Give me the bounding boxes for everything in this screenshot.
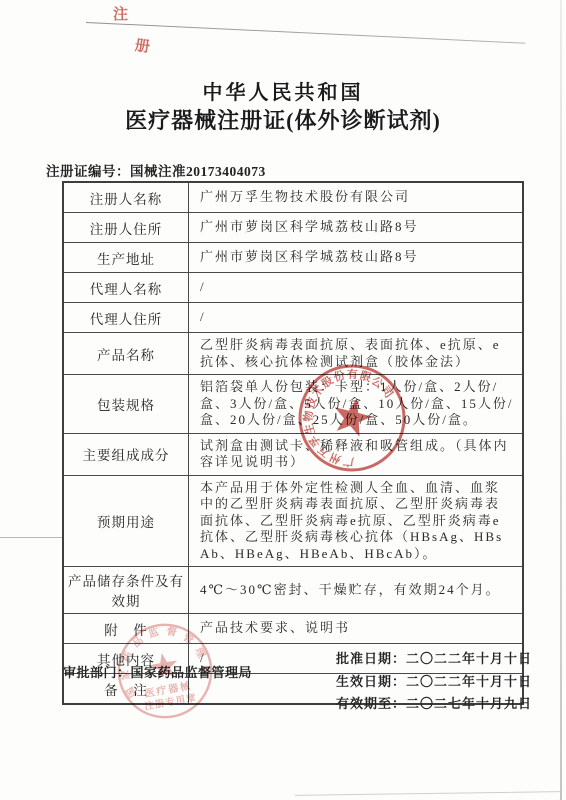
table-row: 注册人名称 广州万孚生物技术股份有限公司: [63, 182, 523, 213]
table-row: 包装规格 铝箔袋单人份包装：卡型：1人份/盒、2人份/盒、3人份/盒、5人份/盒…: [63, 375, 523, 434]
row-value: /: [189, 303, 524, 333]
scan-line-artifact: [0, 537, 62, 538]
row-label: 注册人名称: [63, 182, 189, 213]
table-row: 代理人名称 /: [63, 273, 523, 303]
row-label: 包装规格: [63, 375, 189, 434]
registration-number-line: 注册证编号：国械注准20173404073: [46, 160, 266, 180]
row-value: 广州市萝岗区科学城荔枝山路8号: [189, 213, 524, 243]
row-value: 广州万孚生物技术股份有限公司: [189, 182, 524, 213]
row-value: 试剂盒由测试卡、稀释液和吸管组成。（具体内容详见说明书）: [189, 433, 524, 475]
row-label: 附 件: [63, 614, 189, 644]
approval-department-value: 国家药品监督管理局: [131, 665, 253, 680]
date-block: 批准日期：二〇二二年十月十日 生效日期：二〇二二年十月十日 有效期至：二〇二七年…: [336, 648, 532, 716]
row-value: 4℃～30℃密封、干燥贮存，有效期24个月。: [189, 567, 524, 614]
row-value: 乙型肝炎病毒表面抗原、表面抗体、e抗原、e抗体、核心抗体检测试剂盒（胶体金法）: [189, 333, 524, 375]
red-ink-artifact-1: 注: [113, 3, 128, 24]
paper-top-edge: [86, 22, 526, 44]
effective-date-value: 二〇二二年十月十日: [406, 674, 532, 689]
scanned-certificate-page: { "header": { "title_line1": "中华人民共和国", …: [0, 0, 566, 800]
table-row: 产品名称 乙型肝炎病毒表面抗原、表面抗体、e抗原、e抗体、核心抗体检测试剂盒（胶…: [63, 333, 523, 375]
registration-number-label: 注册证编号：: [46, 164, 130, 179]
expiry-date-label: 有效期至：: [336, 696, 406, 711]
row-value: 铝箔袋单人份包装：卡型：1人份/盒、2人份/盒、3人份/盒、5人份/盒、10人份…: [189, 375, 524, 434]
row-value: 广州市萝岗区科学城荔枝山路8号: [189, 243, 524, 273]
row-label: 生产地址: [63, 243, 189, 273]
row-label: 代理人名称: [63, 273, 189, 303]
table-row: 生产地址 广州市萝岗区科学城荔枝山路8号: [63, 243, 523, 273]
effective-date-line: 生效日期：二〇二二年十月十日: [336, 671, 532, 694]
row-label: 预期用途: [63, 475, 189, 567]
approval-department-label: 审批部门：: [63, 665, 131, 680]
approval-date-label: 批准日期：: [336, 651, 406, 666]
row-label: 注册人住所: [63, 213, 189, 243]
registration-table: 注册人名称 广州万孚生物技术股份有限公司 注册人住所 广州市萝岗区科学城荔枝山路…: [62, 181, 524, 705]
row-value: /: [189, 273, 524, 303]
table-row: 附 件 产品技术要求、说明书: [63, 614, 523, 644]
approval-date-line: 批准日期：二〇二二年十月十日: [336, 648, 532, 671]
table-row: 代理人住所 /: [63, 303, 523, 333]
effective-date-label: 生效日期：: [336, 674, 406, 689]
row-value: 产品技术要求、说明书: [189, 614, 524, 644]
certificate-country-title: 中华人民共和国: [0, 76, 566, 105]
row-label: 主要组成成分: [63, 433, 189, 475]
paper-bottom-edge: [295, 791, 560, 796]
approval-date-value: 二〇二二年十月十日: [406, 651, 532, 666]
registration-number-value: 国械注准20173404073: [130, 164, 266, 179]
expiry-date-value: 二〇二七年十月九日: [406, 696, 532, 711]
row-label: 代理人住所: [63, 303, 189, 333]
row-label: 产品名称: [63, 333, 189, 375]
table-row: 预期用途 本产品用于体外定性检测人全血、血清、血浆中的乙型肝炎病毒表面抗原、乙型…: [63, 475, 523, 567]
row-value: 本产品用于体外定性检测人全血、血清、血浆中的乙型肝炎病毒表面抗原、乙型肝炎病毒表…: [189, 475, 524, 567]
approval-department-line: 审批部门：国家药品监督管理局: [63, 662, 252, 681]
row-label: 产品储存条件及有效期: [63, 567, 189, 614]
expiry-date-line: 有效期至：二〇二七年十月九日: [336, 693, 532, 716]
red-ink-artifact-2: 册: [134, 34, 152, 57]
table-row: 注册人住所 广州市萝岗区科学城荔枝山路8号: [63, 213, 523, 243]
table-row: 主要组成成分 试剂盒由测试卡、稀释液和吸管组成。（具体内容详见说明书）: [63, 433, 523, 475]
table-row: 产品储存条件及有效期 4℃～30℃密封、干燥贮存，有效期24个月。: [63, 567, 523, 614]
certificate-title: 医疗器械注册证(体外诊断试剂): [0, 104, 566, 135]
